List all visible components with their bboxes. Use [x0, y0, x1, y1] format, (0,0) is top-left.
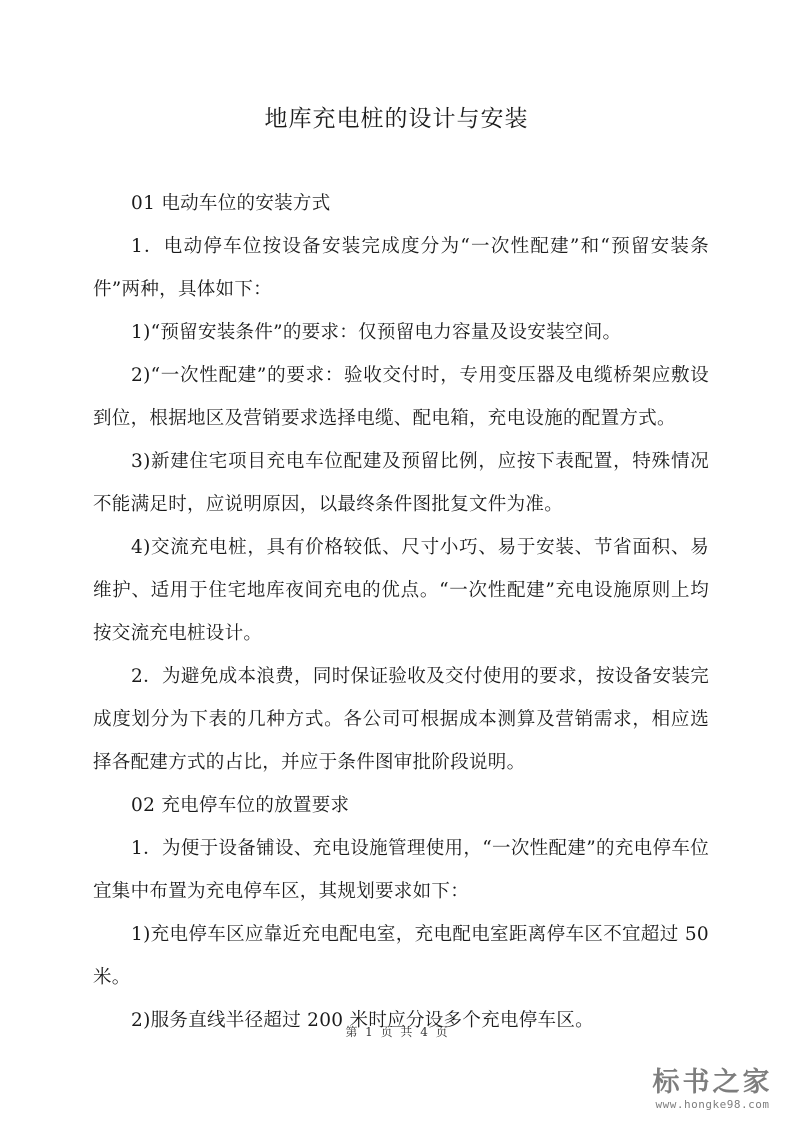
document-body: 01 电动车位的安装方式 1．电动停车位按设备安装完成度分为“一次性配建”和“预…: [93, 182, 709, 1042]
watermark-url: www.hongke98.com: [635, 1098, 790, 1111]
paragraph: 1)“预留安装条件”的要求：仅预留电力容量及设安装空间。: [93, 311, 709, 354]
paragraph: 1)充电停车区应靠近充电配电室，充电配电室距离停车区不宜超过 50 米。: [93, 913, 709, 999]
paragraph: 1．为便于设备铺设、充电设施管理使用，“一次性配建”的充电停车位宜集中布置为充电…: [93, 827, 709, 913]
page-number: 第 1 页 共 4 页: [0, 1023, 793, 1040]
paragraph: 4)交流充电桩，具有价格较低、尺寸小巧、易于安装、节省面积、易维护、适用于住宅地…: [93, 526, 709, 655]
document-title: 地库充电桩的设计与安装: [0, 100, 793, 133]
watermark-name: 标书之家: [635, 1068, 790, 1098]
paragraph: 2．为避免成本浪费，同时保证验收及交付使用的要求，按设备安装完成度划分为下表的几…: [93, 655, 709, 784]
watermark-logo: 标书之家 www.hongke98.com: [635, 1068, 790, 1111]
paragraph: 2)“一次性配建”的要求：验收交付时，专用变压器及电缆桥架应敷设到位，根据地区及…: [93, 354, 709, 440]
paragraph: 1．电动停车位按设备安装完成度分为“一次性配建”和“预留安装条件”两种，具体如下…: [93, 225, 709, 311]
section-heading: 01 电动车位的安装方式: [93, 182, 709, 225]
section-heading: 02 充电停车位的放置要求: [93, 784, 709, 827]
paragraph: 3)新建住宅项目充电车位配建及预留比例，应按下表配置，特殊情况不能满足时，应说明…: [93, 440, 709, 526]
